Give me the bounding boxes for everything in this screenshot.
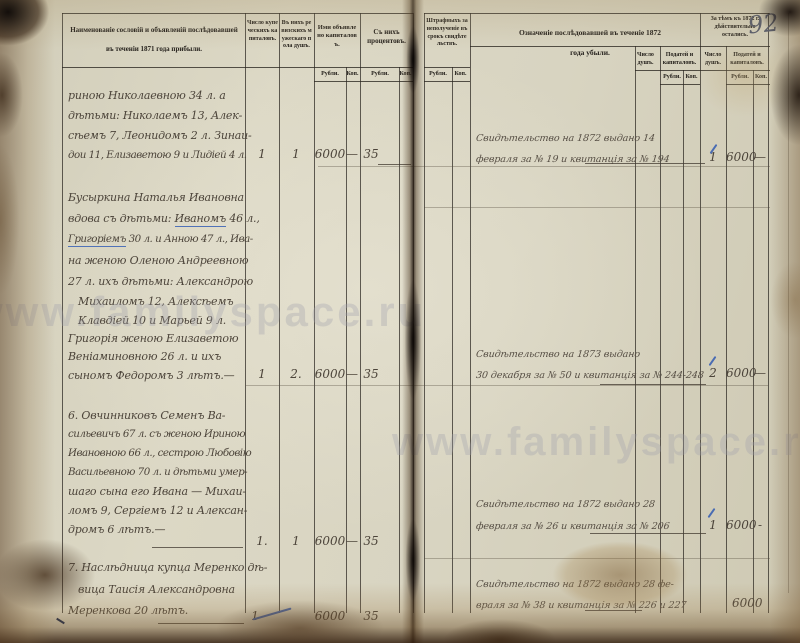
header-capitals: Число купеческихъ капиталовъ. (247, 20, 278, 43)
entry-line: Веніаминовною 26 л. и ихъ (68, 350, 221, 363)
entry-line: февраля за № 26 и квитанція за № 206 (475, 521, 670, 532)
value-kop-remaining: - (753, 518, 767, 532)
subheader-rub: Рубли. (661, 74, 683, 82)
entry-line: 27 л. ихъ дѣтьми: Александрою (68, 275, 253, 288)
value-capitals: 1. (247, 534, 277, 548)
entry-line: сѣемъ 7, Леонидомъ 2 л. Зинаи- (68, 129, 252, 142)
table-hline (635, 70, 770, 71)
subheader-kop: Коп. (346, 71, 359, 79)
blue-check-mark (709, 356, 717, 366)
entry-line: Свидѣтельство на 1872 выдано 28 фе- (475, 579, 674, 590)
filler-rule (152, 547, 243, 548)
header-fines: Штрафныхъ за неполученіе въ срокъ свидѣт… (426, 18, 468, 49)
entry-line: ломъ 9, Сергіемъ 12 и Алексан- (68, 504, 247, 517)
value-kop-remaining: — (753, 150, 767, 164)
entry-line: Григоріемъ 30 л. и Анною 47 л., Ива- (68, 233, 253, 245)
watermark: www.familyspace.ru (0, 288, 426, 336)
table-hline (424, 13, 770, 14)
entry-line: Меренкова 20 лѣтъ. (68, 604, 188, 617)
table-vline (683, 70, 684, 613)
subheader-kop: Коп. (399, 71, 412, 79)
page-number: 92 (747, 8, 780, 39)
entry-line-segment: вдова съ дѣтьми: (68, 212, 175, 225)
entry-line: сыномъ Федоромъ 3 лѣтъ.— (68, 369, 234, 382)
entry-line: вица Таисія Александровна (78, 583, 235, 596)
subheader-rub: Рубли. (727, 74, 753, 82)
entry-line: Васильевною 70 л. и дѣтьми умер- (68, 466, 247, 478)
entry-line: Ивановною 66 л., сестрою Любовію (68, 447, 251, 459)
filler-rule (585, 163, 705, 164)
value-capitals: 1 (247, 147, 277, 161)
blue-check-mark (708, 508, 716, 518)
subheader-kop: Коп. (452, 71, 469, 79)
entry-line: Свидѣтельство на 1872 выдано 14 (475, 133, 655, 144)
value-percent: 35 (355, 609, 387, 623)
underlined-name: Григоріемъ (68, 233, 126, 247)
header-names-line1: Наименованіе сословій и объявленій послѣ… (66, 26, 242, 35)
table-hline (62, 13, 413, 14)
photo-backdrop: Наименованіе сословій и объявленій послѣ… (0, 0, 800, 643)
ledger-page: Наименованіе сословій и объявленій послѣ… (0, 0, 800, 643)
row-rule (318, 166, 770, 167)
filler-rule (378, 164, 411, 165)
entry-line-segment: 30 л. и Анною 47 л., Ива- (126, 233, 253, 245)
filler-rule (600, 384, 706, 385)
value-rub-remaining: 6000 (726, 518, 754, 532)
row-rule (246, 385, 768, 386)
entry-line: риною Николаевною 34 л. а (68, 89, 226, 102)
table-hline (314, 81, 413, 82)
header-taxes-remaining: Податей и капиталовъ. (727, 52, 767, 68)
subheader-rub: Рубли. (316, 71, 344, 79)
table-hline (62, 67, 413, 68)
table-hline (424, 81, 470, 82)
table-vline (470, 13, 471, 613)
value-capital-rub: 6000 (313, 367, 347, 381)
entry-line: 7. Наслѣдница купца Меренко дѣ- (68, 561, 267, 574)
entry-line: вдова съ дѣтьми: Иваномъ 46 л., (68, 212, 260, 225)
table-vline (768, 13, 769, 613)
header-declared-capital: Ими объявлено капиталовъ. (317, 24, 357, 49)
value-souls: 1 (281, 534, 311, 548)
table-vline (399, 67, 400, 613)
entry-line: Свидѣтельство на 1872 выдано 28 (475, 499, 655, 510)
entry-line: 30 декабря за № 50 и квитанція за № 244-… (475, 370, 704, 381)
table-hline (726, 84, 770, 85)
header-num-souls-departed: Число душъ. (633, 52, 658, 68)
watermark: www.familyspace.ru (392, 420, 800, 465)
subheader-rub: Рубли. (362, 71, 398, 79)
value-capital-rub: 6000 (313, 534, 347, 548)
entry-line: Бусыркина Наталья Ивановна (68, 191, 244, 204)
value-percent: 35 (355, 534, 387, 548)
subheader-kop: Коп. (684, 74, 699, 82)
entry-line: на женою Оленою Андреевною (68, 254, 248, 267)
row-rule (424, 207, 770, 208)
table-hline (424, 67, 470, 68)
table-hline (660, 84, 700, 85)
entry-line: сильевичъ 67 л. съ женою Ириною (68, 428, 245, 440)
value-souls-remaining: 2 (700, 366, 726, 380)
value-souls: 2. (281, 367, 311, 381)
value-souls: 1 (281, 147, 311, 161)
value-kop-remaining: — (753, 366, 767, 380)
value-capitals: 1 (247, 367, 277, 381)
filler-rule (590, 533, 706, 534)
row-rule (424, 558, 770, 559)
header-percent: Съ нихъ процентовъ. (363, 28, 410, 46)
value-capital-rub: 6000 (313, 609, 347, 623)
header-departure-line1: Означеніе послѣдовавшей въ теченіе 1872 (480, 28, 700, 38)
value-souls-remaining: 1 (700, 150, 726, 164)
entry-line-segment: 46 л., (226, 212, 260, 225)
value-percent: 35 (355, 367, 387, 381)
entry-line: дои 11, Елизаветою 9 и Лидіей 4 л. (68, 149, 247, 161)
table-vline (788, 13, 789, 593)
entry-line: дѣтьми: Николаемъ 13, Алек- (68, 109, 242, 122)
header-names-line2: въ теченіи 1871 года прибыли. (66, 45, 242, 54)
table-hline (470, 46, 770, 47)
entry-line: враля за № 38 и квитанція за № 226 и 227 (475, 600, 686, 611)
value-rub-remaining: 6000 (732, 596, 760, 610)
subheader-rub: Рубли. (425, 71, 451, 79)
value-rub-remaining: 6000 (726, 366, 754, 380)
header-revision-souls: Въ нихъ ревизскихъ мужескаго пола душъ. (281, 20, 312, 51)
entry-line: Свидѣтельство на 1873 выдано (475, 349, 640, 360)
entry-line: шаго сына его Ивана — Михаи- (68, 485, 246, 498)
header-taxes-departed: Податей и капиталовъ. (661, 52, 698, 68)
subheader-kop: Коп. (754, 74, 768, 82)
entry-line: дромъ 6 лѣтъ.— (68, 523, 165, 536)
table-vline (452, 67, 453, 613)
value-rub-remaining: 6000 (726, 150, 754, 164)
entry-line: 6. Овчинниковъ Семенъ Ва- (68, 409, 225, 422)
value-percent: 35 (355, 147, 387, 161)
header-num-souls-remaining: Число душъ. (701, 52, 725, 68)
value-souls-remaining: 1 (700, 518, 726, 532)
filler-rule (158, 623, 244, 624)
value-capital-rub: 6000 (313, 147, 347, 161)
filler-rule (585, 610, 642, 611)
underlined-name: Иваномъ (175, 212, 226, 227)
